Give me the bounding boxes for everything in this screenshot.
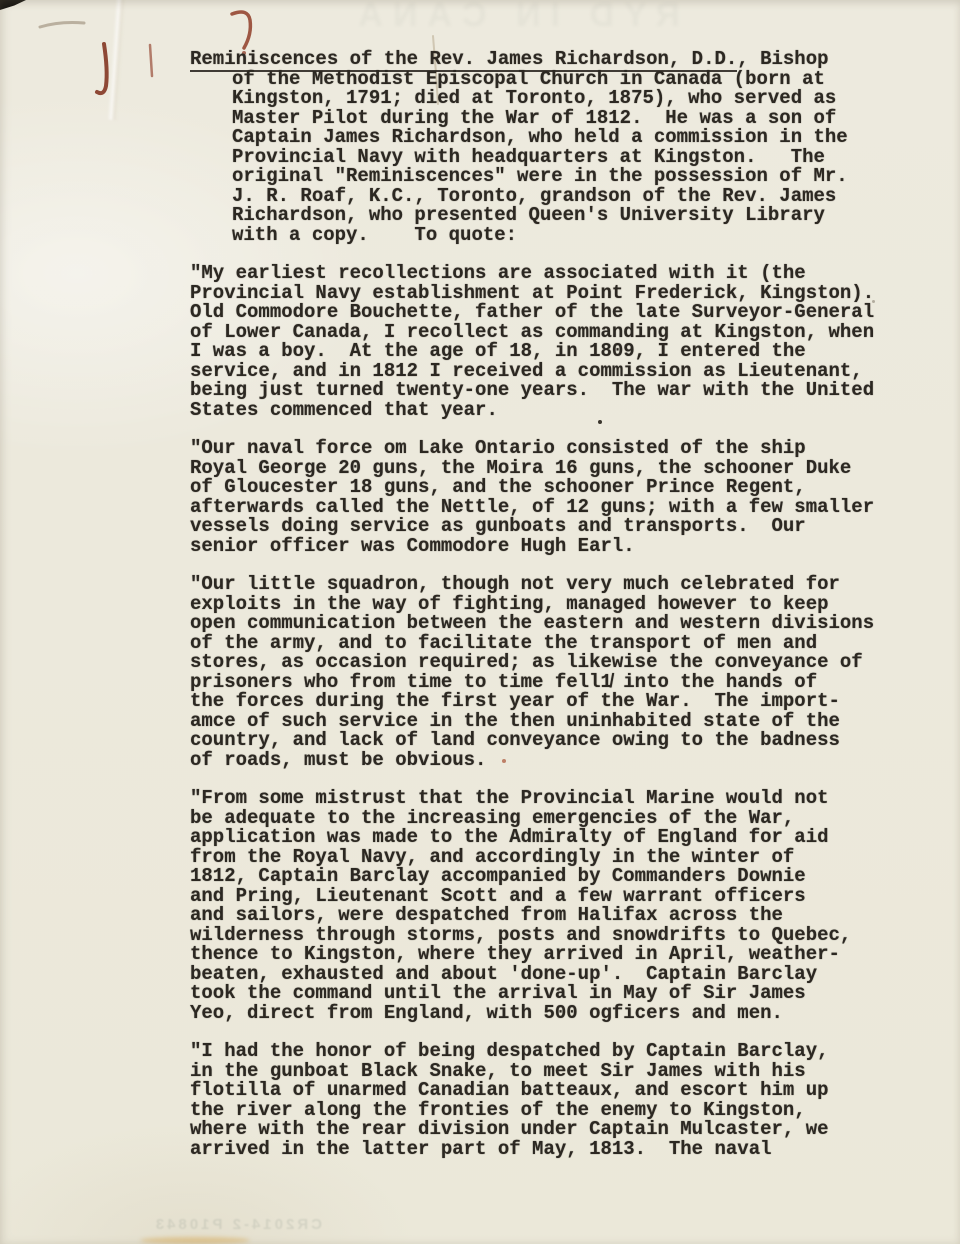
- text-line: thence to Kingston, where they arrived i…: [190, 945, 904, 965]
- text-line: senior officer was Commodore Hugh Earl.: [190, 537, 904, 557]
- text-line: of Gloucester 18 guns, and the schooner …: [190, 478, 904, 498]
- text-line: stores, as occasion required; as likewis…: [190, 653, 904, 673]
- paragraph-1: "My earliest recollections are associate…: [190, 264, 904, 420]
- text-line: open communication between the eastern a…: [190, 614, 904, 634]
- document-title-rest: , Bishop: [737, 48, 828, 70]
- typewritten-text-column: Reminiscences of the Rev. James Richards…: [190, 50, 904, 1159]
- document-title-line: Reminiscences of the Rev. James Richards…: [190, 50, 904, 70]
- text-line: Richardson, who presented Queen's Univer…: [232, 206, 904, 226]
- paragraph-2: "Our naval force om Lake Ontario consist…: [190, 439, 904, 556]
- text-line: "Our little squadron, though not very mu…: [190, 575, 904, 595]
- text-line: original "Reminiscences" were in the pos…: [232, 167, 904, 187]
- text-line: where with the rear division under Capta…: [190, 1120, 904, 1140]
- text-line: application was made to the Admiralty of…: [190, 828, 904, 848]
- text-line: Yeo, direct from England, with 500 ogfic…: [190, 1004, 904, 1024]
- ink-bleedthrough-text-bottom: CR2014-2 P10843: [52, 1216, 322, 1233]
- paragraph-5: "I had the honor of being despatched by …: [190, 1042, 904, 1159]
- text-line: Captain James Richardson, who held a com…: [232, 128, 904, 148]
- text-line: and sailors, were despatched from Halifa…: [190, 906, 904, 926]
- paragraph-4: "From some mistrust that the Provincial …: [190, 789, 904, 1023]
- text-line: vessels doing service as gunboats and tr…: [190, 517, 904, 537]
- text-line: arrived in the latter part of May, 1813.…: [190, 1140, 904, 1160]
- text-line: of roads, must be obvious.: [190, 751, 904, 771]
- ink-speck: [502, 759, 506, 763]
- text-line: I was a boy. At the age of 18, in 1809, …: [190, 342, 904, 362]
- scanned-document-page: RYD IN CANA Reminiscences of the Rev. Ja…: [0, 0, 960, 1244]
- text-line: country, and lack of land conveyance owi…: [190, 731, 904, 751]
- ink-speck: [598, 420, 602, 424]
- text-line: "Our naval force om Lake Ontario consist…: [190, 439, 904, 459]
- text-line: the forces during the first year of the …: [190, 692, 904, 712]
- text-line: "My earliest recollections are associate…: [190, 264, 904, 284]
- text-line: Old Commodore Bouchette, father of the l…: [190, 303, 904, 323]
- text-line: "From some mistrust that the Provincial …: [190, 789, 904, 809]
- text-line: flotilla of unarmed Canadian batteaux, a…: [190, 1081, 904, 1101]
- document-title-continuation: of the Methodist Episcopal Church in Can…: [190, 70, 904, 246]
- text-line: with a copy. To quote:: [232, 226, 904, 246]
- text-line: Kingston, 1791; died at Toronto, 1875), …: [232, 89, 904, 109]
- paper-stain: [140, 1237, 250, 1244]
- text-line: "I had the honor of being despatched by …: [190, 1042, 904, 1062]
- text-line: 1812, Captain Barclay accompanied by Com…: [190, 867, 904, 887]
- text-line: being just turned twenty-one years. The …: [190, 381, 904, 401]
- ink-speck: [872, 300, 875, 303]
- text-line: States commenced that year.: [190, 401, 904, 421]
- paragraph-3: "Our little squadron, though not very mu…: [190, 575, 904, 770]
- text-line: took the command until the arrival in Ma…: [190, 984, 904, 1004]
